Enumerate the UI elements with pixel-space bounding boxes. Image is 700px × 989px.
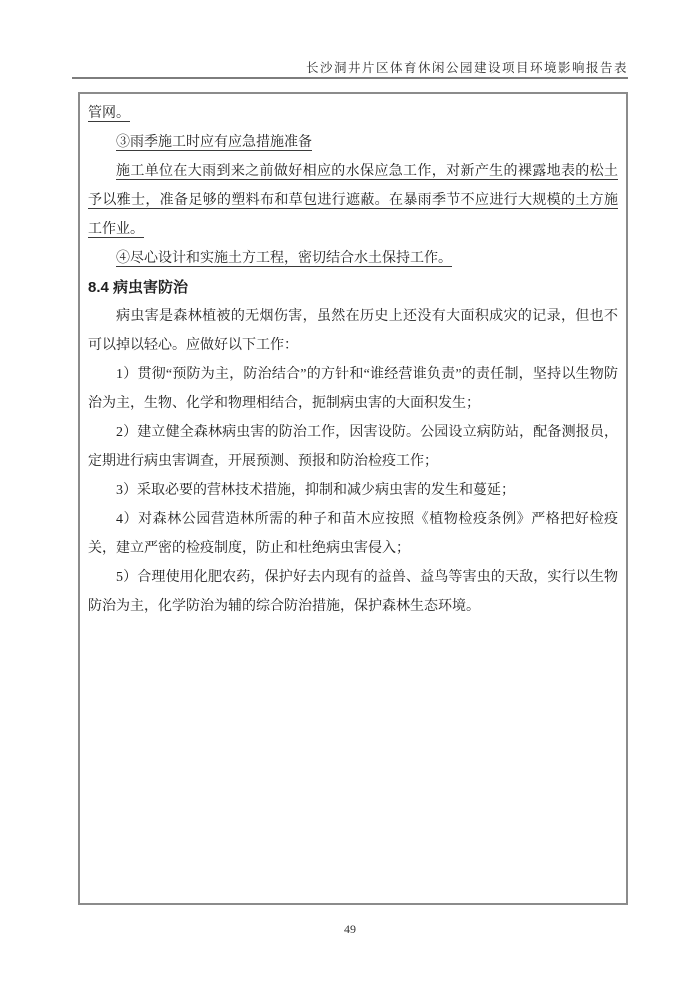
paragraph-rainy-season-measures: 施工单位在大雨到来之前做好相应的水保应急工作，对新产生的裸露地表的松土予以雅士，…: [88, 157, 618, 244]
paragraph-pest-item-1: 1）贯彻“预防为主，防治结合”的方针和“谁经营谁负责”的责任制，坚持以生物防治为…: [88, 360, 618, 418]
page-header-title: 长沙洞井片区体育休闲公园建设项目环境影响报告表: [72, 58, 628, 76]
paragraph-pest-item-2: 2）建立健全森林病虫害的防治工作，因害设防。公园设立病防站，配备测报员，定期进行…: [88, 418, 618, 476]
paragraph-pipe-network-continuation: 管网。: [88, 99, 618, 128]
paragraph-rainy-season-subheading: ③雨季施工时应有应急措施准备: [88, 128, 618, 157]
paragraph-pest-intro: 病虫害是森林植被的无烟伤害，虽然在历史上还没有大面积成灾的记录，但也不可以掉以轻…: [88, 302, 618, 360]
section-heading-8-4: 8.4 病虫害防治: [88, 273, 618, 302]
header-rule: [72, 77, 628, 79]
page-number: 49: [0, 922, 700, 937]
paragraph-pest-item-5: 5）合理使用化肥农药，保护好去内现有的益兽、益鸟等害虫的天敌，实行以生物防治为主…: [88, 563, 618, 621]
paragraph-pest-item-4: 4）对森林公园营造林所需的种子和苗木应按照《植物检疫条例》严格把好检疫关，建立严…: [88, 505, 618, 563]
paragraph-pest-item-3: 3）采取必要的营林技术措施，抑制和减少病虫害的发生和蔓延；: [88, 476, 618, 505]
document-page: 长沙洞井片区体育休闲公园建设项目环境影响报告表 管网。 ③雨季施工时应有应急措施…: [0, 0, 700, 989]
content-table-cell: 管网。 ③雨季施工时应有应急措施准备 施工单位在大雨到来之前做好相应的水保应急工…: [78, 92, 628, 905]
paragraph-earthwork-design: ④尽心设计和实施土方工程，密切结合水土保持工作。: [88, 244, 618, 273]
